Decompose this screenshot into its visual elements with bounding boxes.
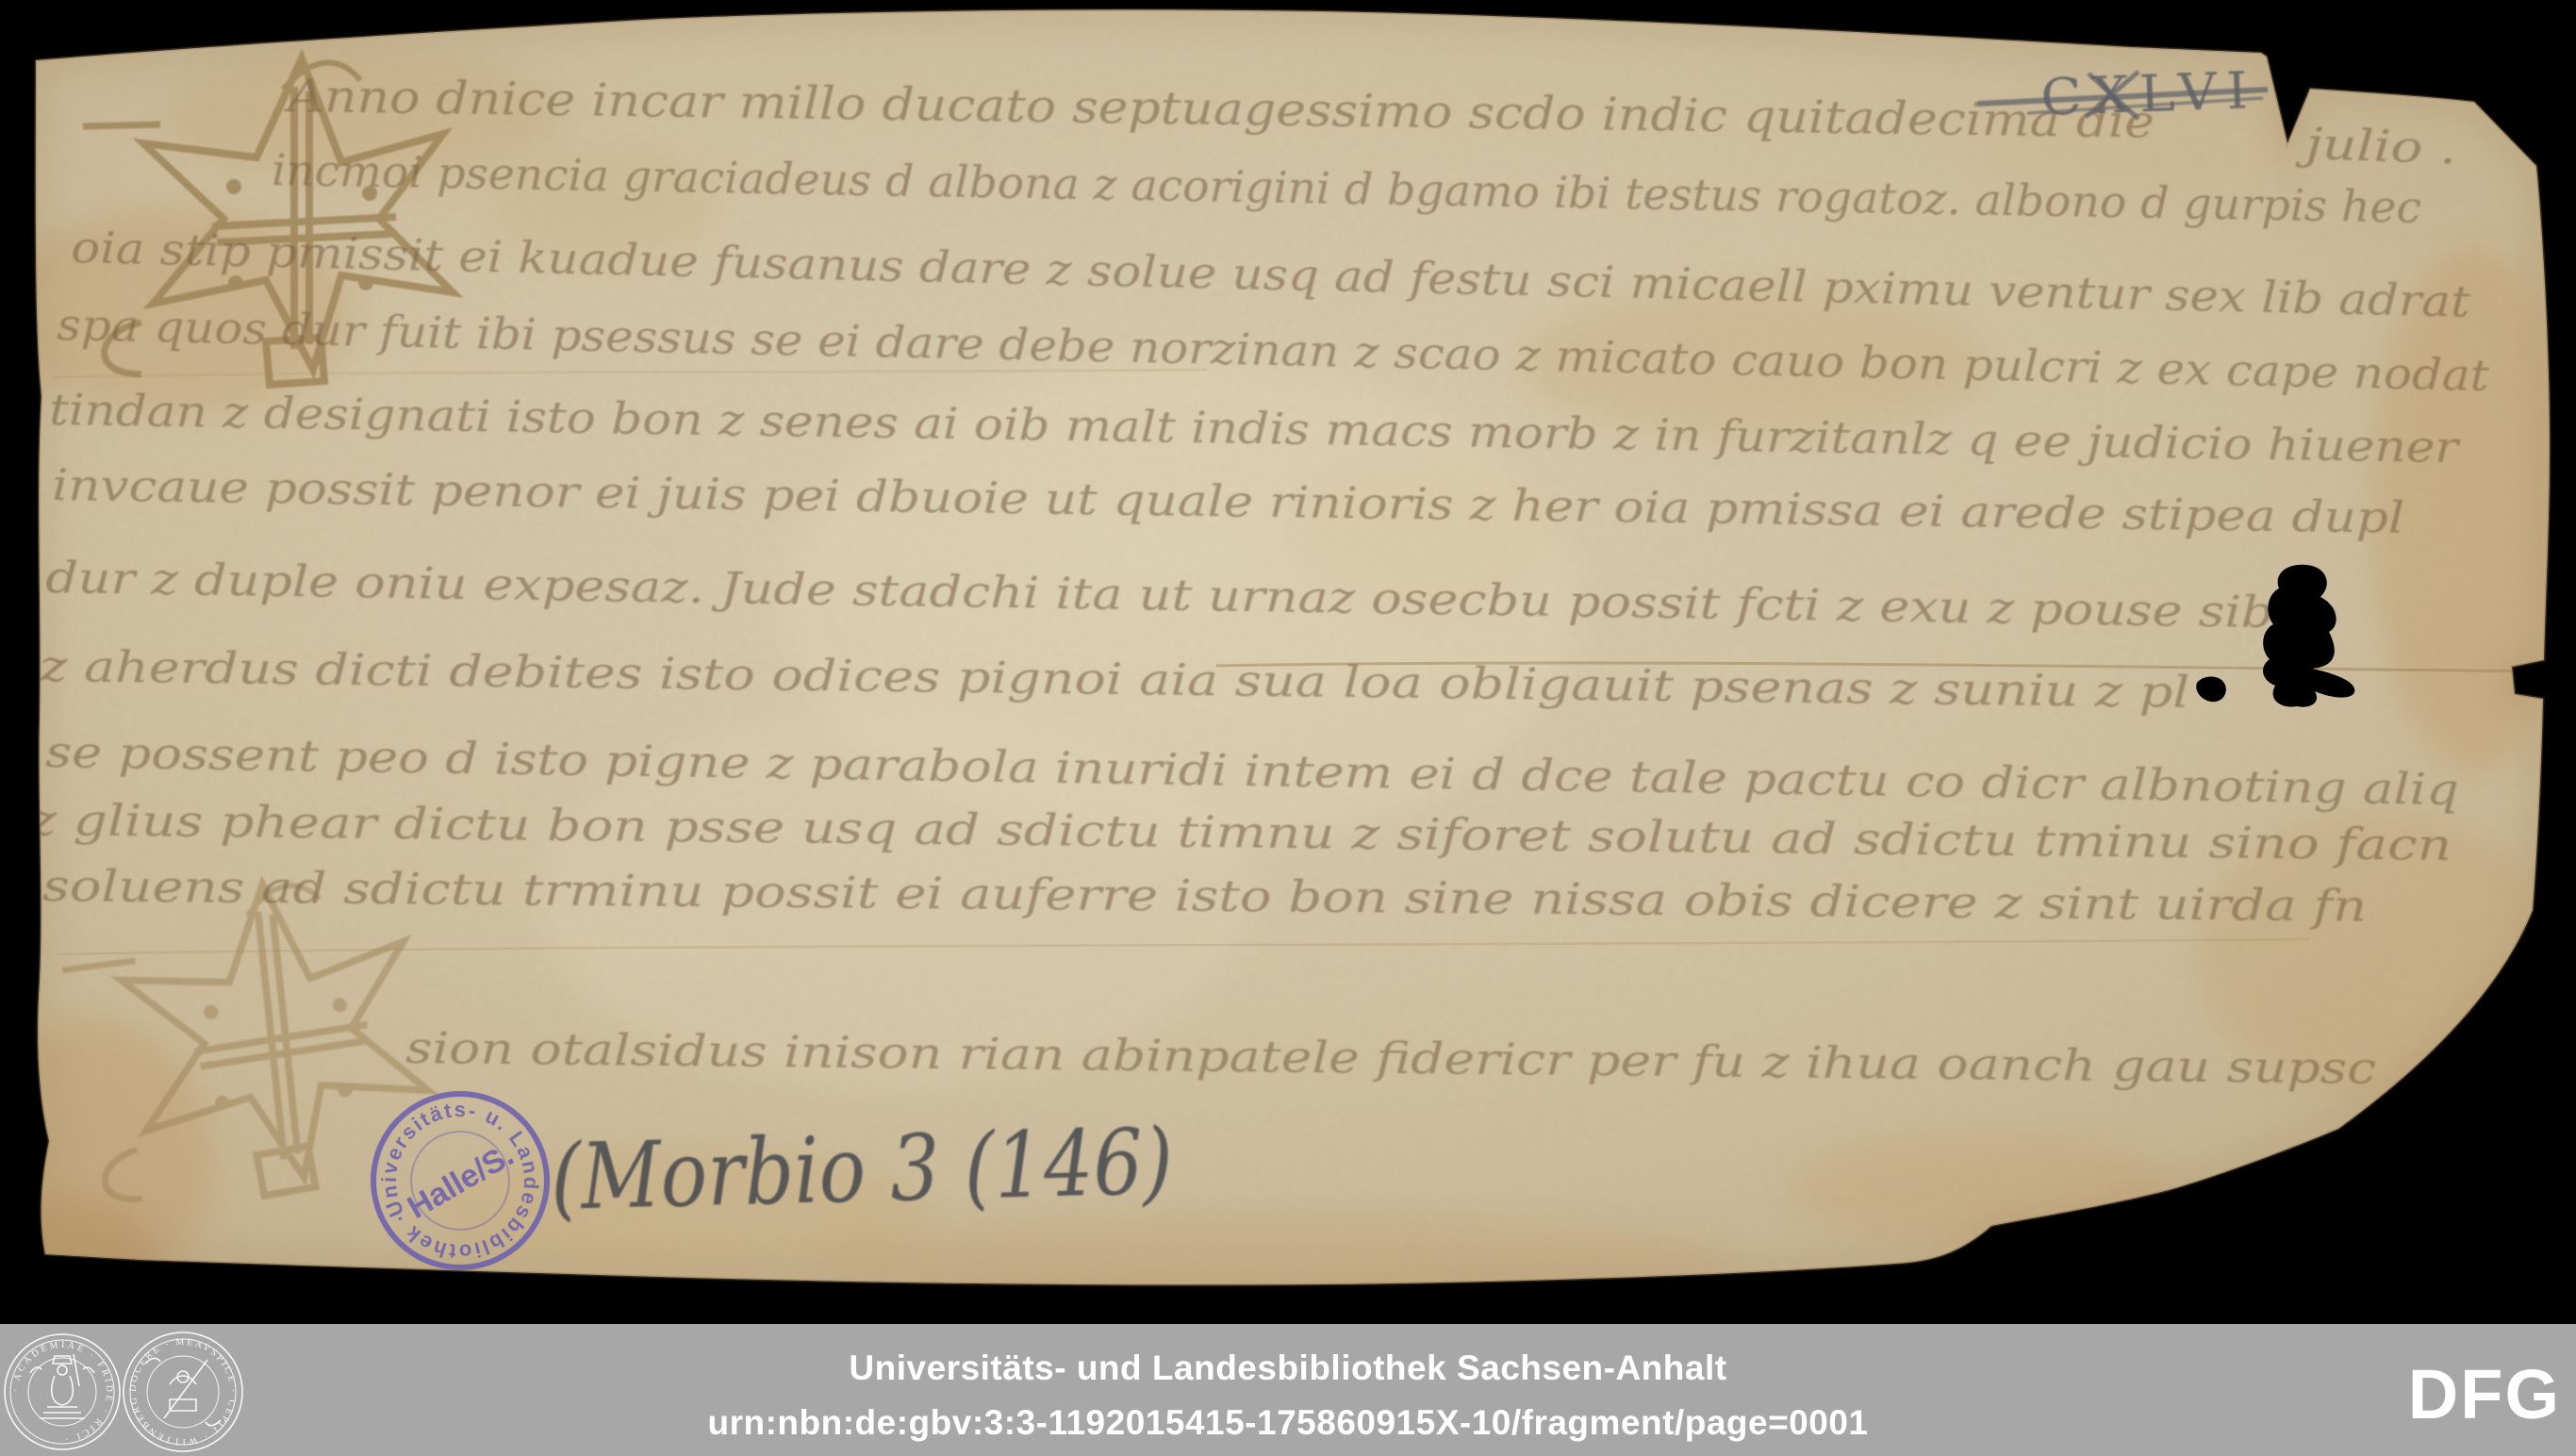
scan-viewer-page: Anno dnice incar millo ducato septuagess… [0, 0, 2576, 1456]
library-name: Universitäts- und Landesbibliothek Sachs… [0, 1348, 2576, 1388]
manuscript-parchment-scan: Anno dnice incar millo ducato septuagess… [0, 0, 2576, 1324]
footer-bar: · ACADEMIAE · FRIDE · RICI · DOCERE · ME… [0, 1324, 2576, 1456]
pencil-shelfmark: (Morbio 3 (146) [550, 1109, 1175, 1231]
parchment-body: Anno dnice incar millo ducato septuagess… [0, 0, 2576, 1324]
dfg-logo: DFG [2408, 1354, 2561, 1434]
manuscript-line: julio . [2295, 118, 2458, 174]
footer-text-block: Universitäts- und Landesbibliothek Sachs… [0, 1324, 2576, 1456]
urn-text: urn:nbn:de:gbv:3:3-1192015415-175860915X… [0, 1403, 2576, 1443]
